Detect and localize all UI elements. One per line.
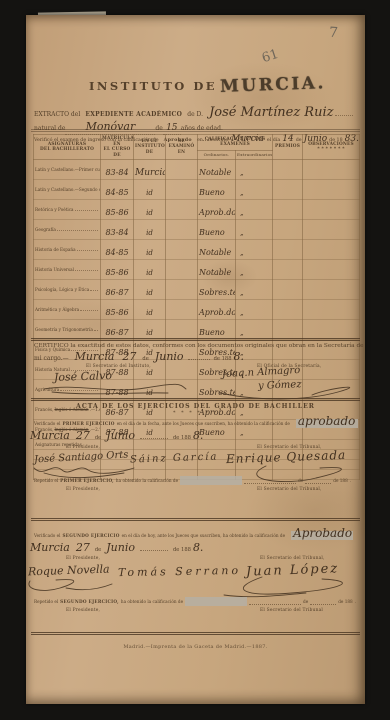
- second-date-month: Junio: [106, 541, 135, 554]
- second-date-de2: de 188: [173, 547, 191, 553]
- first-secretary-label-2: El Secretario del Tribunal,: [257, 487, 322, 492]
- table-row: Retórica y Poética85-86idAprob.do„: [34, 200, 360, 220]
- cell-subject: Psicología, Lógica y Ética: [34, 280, 101, 300]
- cell-years: 86-87: [101, 320, 134, 340]
- table-row: Latín y Castellano.—Primer curso.83-84Mu…: [34, 160, 360, 180]
- second-exercise-line: Verificado el SEGUNDO EJERCICIO en el dí…: [34, 531, 359, 540]
- col-header-observations: OBSERVACIONES* * * * * * *: [303, 135, 360, 160]
- certify-printed: mi cargo.—: [34, 355, 69, 362]
- cell-awards: [273, 180, 303, 200]
- first-repeat-printed-2: PRIMER EJERCICIO,: [60, 478, 114, 483]
- second-date-city: Murcia: [30, 541, 70, 554]
- first-repeat-printed-3: ha obtenido la calificación de: [116, 478, 178, 483]
- table-row: Geografía83-84idBueno„: [34, 220, 360, 240]
- cell-examined: [166, 220, 198, 240]
- cell-examined: [166, 280, 198, 300]
- cell-examined: [166, 180, 198, 200]
- cell-extraordinary: „: [236, 240, 273, 260]
- cell-awards: [273, 280, 303, 300]
- cell-years: 84-85: [101, 240, 134, 260]
- table-row: Aritmética y Álgebra85-86idAprob.do„: [34, 300, 360, 320]
- cell-extraordinary: „: [236, 220, 273, 240]
- second-verify-printed-3: en el día de hoy, ante los Jueces que su…: [122, 533, 285, 538]
- cell-institute: id: [134, 220, 166, 240]
- second-verify-printed-1: Verificado el: [34, 533, 60, 538]
- cell-examined: [166, 160, 198, 180]
- table-row: Historia Universal85-86idNotable„: [34, 260, 360, 280]
- cell-awards: [273, 200, 303, 220]
- second-exercise-grade: Aprobado: [293, 526, 352, 540]
- cell-subject: Latín y Castellano.—Primer curso.: [34, 160, 101, 180]
- document-title: INSTITUTO DE MURCIA.: [26, 75, 365, 95]
- second-secretary-label-2: El Secretario del Tribunal: [260, 608, 323, 613]
- redaction-box: [185, 597, 247, 606]
- pencil-number-top-right: 7: [328, 25, 338, 42]
- table-header-row: ASIGNATURASDEL BACHILLERATO MATRICULADOE…: [34, 135, 360, 151]
- cell-extraordinary: „: [236, 280, 273, 300]
- cell-observations: [303, 260, 360, 280]
- certify-secretary-label: El Secretario del Instituto,: [86, 364, 151, 369]
- cell-years: 85-86: [101, 260, 134, 280]
- first-verify-printed-2: PRIMER EJERCICIO: [62, 421, 114, 426]
- cell-ordinary: Bueno: [198, 180, 236, 200]
- col-header-institute: EN ELINSTITUTO DE: [134, 135, 166, 160]
- second-president-label-2: El Presidente,: [66, 608, 100, 613]
- rule-below-table: [31, 338, 360, 341]
- cell-years: 84-85: [101, 180, 134, 200]
- cell-extraordinary: „: [236, 320, 273, 340]
- document-paper: 7 61 INSTITUTO DE MURCIA. EXTRACTO del E…: [26, 15, 365, 704]
- first-verify-printed-1: Verificado el: [34, 421, 60, 426]
- signature-flourish: [222, 575, 362, 599]
- certify-city: Murcia: [75, 350, 115, 363]
- cell-awards: [273, 220, 303, 240]
- cell-institute: id: [134, 300, 166, 320]
- cell-years: 86-87: [101, 280, 134, 300]
- first-date-de2: de 188: [173, 435, 191, 441]
- cell-subject: Aritmética y Álgebra: [34, 300, 101, 320]
- cell-subject: Retórica y Poética: [34, 200, 101, 220]
- cell-awards: [273, 240, 303, 260]
- first-exercise-line: Verificado el PRIMER EJERCICIO en el día…: [34, 419, 359, 428]
- table-row: Psicología, Lógica y Ética86-87idSobres.…: [34, 280, 360, 300]
- table-row: Latín y Castellano.—Segundo curso84-85id…: [34, 180, 360, 200]
- cell-ordinary: Bueno: [198, 220, 236, 240]
- first-grade-area: aprobado: [296, 419, 358, 428]
- col-header-subjects: ASIGNATURASDEL BACHILLERATO: [34, 135, 101, 160]
- first-repeat-de2: de 188: [333, 478, 347, 483]
- second-president-label: El Presidente,: [66, 556, 100, 561]
- cell-ordinary: Notable: [198, 260, 236, 280]
- pencil-number-near-title: 61: [260, 47, 280, 66]
- col-header-awards: PREMIOS: [273, 135, 303, 160]
- cell-subject: Geometría y Trigonometría: [34, 320, 101, 340]
- cell-subject: Geografía: [34, 220, 101, 240]
- certify-line-1: CERTIFICO la exactitud de estos datos, c…: [34, 343, 364, 349]
- second-grade-area: Aprobado: [291, 531, 353, 540]
- first-repeat-end: .: [350, 478, 351, 483]
- second-verify-printed-2: SEGUNDO EJERCICIO: [62, 533, 119, 538]
- certify-month: Junio: [155, 350, 184, 363]
- first-repeat-printed-1: Repetido el: [34, 478, 58, 483]
- col-header-enrolled: MATRICULADOENEL CURSO DE: [101, 135, 134, 160]
- cell-observations: [303, 320, 360, 340]
- cell-years: 85-86: [101, 200, 134, 220]
- table-row: Historia de España84-85idNotable„: [34, 240, 360, 260]
- cell-institute: id: [134, 200, 166, 220]
- cell-ordinary: Aprob.do: [198, 200, 236, 220]
- cell-examined: [166, 240, 198, 260]
- cell-examined: [166, 300, 198, 320]
- cell-examined: [166, 320, 198, 340]
- second-repeat-printed-1: Repetido el: [34, 599, 58, 604]
- cell-institute: id: [134, 180, 166, 200]
- first-repeat-de: de: [298, 478, 303, 483]
- murcia-stamp: MURCIA.: [220, 73, 327, 97]
- first-exercise-date: Murcia 27 de Junio de 188 8.: [30, 429, 203, 442]
- second-repeat-line: Repetido el SEGUNDO EJERCICIO, ha obteni…: [34, 597, 359, 606]
- cell-ordinary: Bueno: [198, 320, 236, 340]
- cell-extraordinary: „: [236, 180, 273, 200]
- cell-examined: [166, 200, 198, 220]
- signature-flourish: [26, 576, 116, 594]
- first-president-label-2: El Presidente,: [66, 487, 100, 492]
- cell-observations: [303, 280, 360, 300]
- second-date-year: 8.: [193, 541, 204, 554]
- cell-institute: id: [134, 240, 166, 260]
- cell-ordinary: Notable: [198, 240, 236, 260]
- cell-subject: Latín y Castellano.—Segundo curso: [34, 180, 101, 200]
- cell-observations: [303, 160, 360, 180]
- second-repeat-printed-3: ha obtenido la calificación de: [121, 599, 183, 604]
- title-printed: INSTITUTO DE: [89, 79, 217, 93]
- certify-year: 8.: [234, 350, 245, 363]
- cell-ordinary: Notable: [198, 160, 236, 180]
- first-date-de1: de: [95, 435, 101, 441]
- cell-examined: [166, 260, 198, 280]
- cell-awards: [273, 260, 303, 280]
- cell-subject: Historia Universal: [34, 260, 101, 280]
- first-president-label: El Presidente,: [66, 445, 100, 450]
- first-repeat-line: Repetido el PRIMER EJERCICIO, ha obtenid…: [34, 476, 359, 485]
- rule-above-second-acta: [31, 518, 360, 521]
- rule-above-acta: [31, 398, 360, 401]
- cell-awards: [273, 300, 303, 320]
- cell-extraordinary: „: [236, 160, 273, 180]
- second-repeat-end: .: [355, 599, 356, 604]
- col-header-ordinary: Ordinarios.: [198, 150, 236, 159]
- col-header-qualification: CALIFICACIÓN EN LOS EXÁMENES: [198, 135, 273, 151]
- first-date-year: 8.: [193, 429, 204, 442]
- first-exercise-grade: aprobado: [298, 414, 356, 428]
- table-row: Geometría y Trigonometría86-87idBueno„: [34, 320, 360, 340]
- first-verify-printed-3: en el día de la fecha, ante los Jueces q…: [117, 421, 290, 426]
- second-date-de1: de: [95, 547, 101, 553]
- cell-institute: Murcia: [134, 160, 166, 180]
- rule-above-table: [31, 129, 360, 132]
- photo-background: 7 61 INSTITUTO DE MURCIA. EXTRACTO del E…: [0, 0, 390, 720]
- cell-observations: [303, 240, 360, 260]
- cell-extraordinary: „: [236, 300, 273, 320]
- cell-subject: Historia de España: [34, 240, 101, 260]
- second-date-day: 27: [76, 541, 90, 554]
- certify-de2: de 188: [214, 356, 232, 362]
- first-date-day: 27: [76, 429, 90, 442]
- cell-awards: [273, 160, 303, 180]
- second-exercise-date: Murcia 27 de Junio de 188 8.: [30, 541, 203, 554]
- certify-day: 27: [122, 350, 136, 363]
- cell-ordinary: Sobres.te: [198, 280, 236, 300]
- cell-observations: [303, 300, 360, 320]
- cell-observations: [303, 180, 360, 200]
- acta-title: ACTA DE LOS EJERCICIOS DEL GRADO DE BACH…: [26, 403, 365, 410]
- first-date-month: Junio: [106, 429, 135, 442]
- first-date-city: Murcia: [30, 429, 70, 442]
- redaction-box: [180, 476, 242, 485]
- cell-years: 85-86: [101, 300, 134, 320]
- imprint-line: Madrid.—Imprenta de la Gaceta de Madrid.…: [26, 644, 365, 650]
- cell-years: 83-84: [101, 220, 134, 240]
- cell-ordinary: Aprob.do: [198, 300, 236, 320]
- signature-flourish: [40, 381, 190, 395]
- col-header-examined: SE EXAMINÓEN: [166, 135, 198, 160]
- second-secretary-label: El Secretario del Tribunal,: [260, 556, 325, 561]
- cell-institute: id: [134, 280, 166, 300]
- cell-observations: [303, 220, 360, 240]
- col-header-extraordinary: Extraordinarios.: [236, 150, 273, 159]
- cell-institute: id: [134, 260, 166, 280]
- cell-years: 83-84: [101, 160, 134, 180]
- second-repeat-de: de: [303, 599, 308, 604]
- second-repeat-printed-2: SEGUNDO EJERCICIO,: [60, 599, 119, 604]
- rule-above-footer: [31, 632, 360, 635]
- cell-extraordinary: „: [236, 200, 273, 220]
- cell-awards: [273, 320, 303, 340]
- certify-de1: de: [142, 356, 148, 362]
- certify-line-2: mi cargo.— Murcia 27 de Junio de 188 8.: [34, 350, 355, 363]
- cell-institute: id: [134, 320, 166, 340]
- second-repeat-de2: de 188: [338, 599, 352, 604]
- cell-extraordinary: „: [236, 260, 273, 280]
- cell-observations: [303, 200, 360, 220]
